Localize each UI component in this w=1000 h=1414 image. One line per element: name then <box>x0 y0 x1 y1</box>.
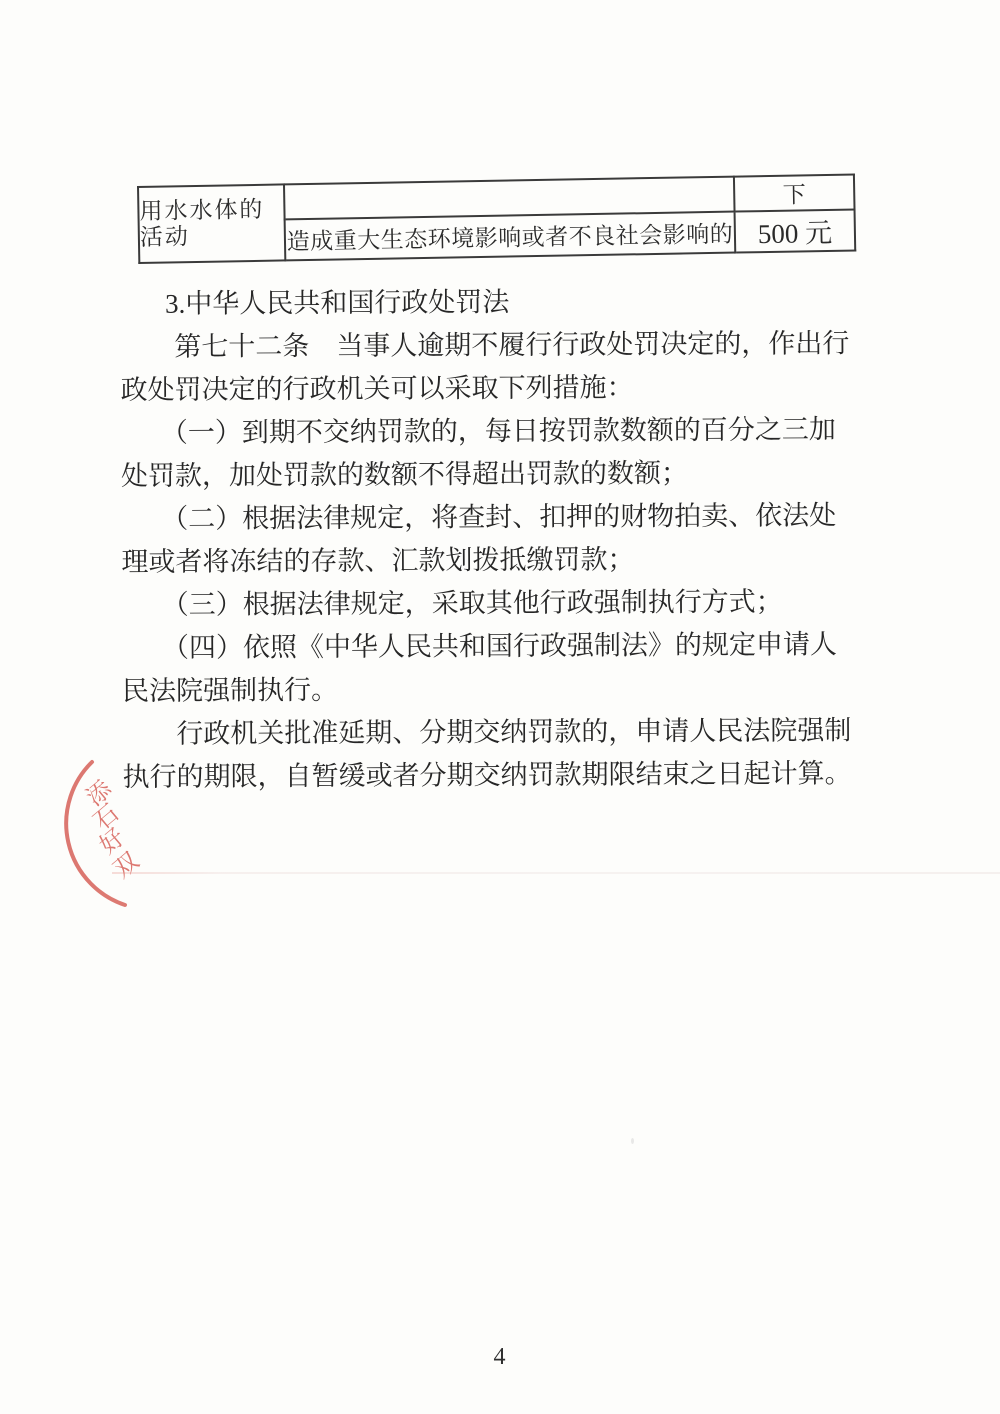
section-heading: 3.中华人民共和国行政处罚法 <box>120 279 868 326</box>
stamp-glyph: 双 <box>109 848 144 883</box>
body-line-9: （四）依照《中华人民共和国行政强制法》的规定申请人 <box>122 623 870 670</box>
table-cell-situation-row2: 造成重大生态环境影响或者不良社会影响的 <box>285 212 736 261</box>
body-line-3: 政处罚决定的行政机关可以采取下列措施： <box>120 365 868 412</box>
scan-artifact-line <box>112 872 1000 874</box>
body-line-11: 行政机关批准延期、分期交纳罚款的，申请人民法院强制 <box>122 709 870 756</box>
penalty-table-fragment: 用水水体的活动 下 造成重大生态环境影响或者不良社会影响的 500 元 <box>137 173 856 264</box>
body-line-10: 民法院强制执行。 <box>122 666 870 713</box>
table-cell-amount-row1: 下 <box>734 174 855 211</box>
body-line-2: 第七十二条 当事人逾期不履行行政处罚决定的，作出行 <box>120 322 868 369</box>
stamp-glyph: 石 <box>89 800 124 835</box>
table-cell-amount-row2: 500 元 <box>735 209 856 252</box>
body-line-4: （一）到期不交纳罚款的，每日按罚款数额的百分之三加 <box>121 408 869 455</box>
page-number: 4 <box>0 1344 1000 1371</box>
body-line-12: 执行的期限，自暂缓或者分期交纳罚款期限结束之日起计算。 <box>122 752 870 799</box>
body-line-6: （二）根据法律规定，将查封、扣押的财物拍卖、依法处 <box>121 494 869 541</box>
body-line-8: （三）根据法律规定，采取其他行政强制执行方式； <box>122 580 870 627</box>
table-cell-activity-label: 用水水体的活动 <box>138 184 285 263</box>
scanned-document-page: 用水水体的活动 下 造成重大生态环境影响或者不良社会影响的 500 元 3.中华… <box>0 0 1000 1414</box>
stamp-arc-icon <box>66 762 125 905</box>
body-line-5: 处罚款，加处罚款的数额不得超出罚款的数额； <box>121 451 869 498</box>
stamp-glyph: 添 <box>82 775 119 812</box>
stamp-glyph: 好 <box>95 823 131 859</box>
scan-speck <box>631 1138 634 1144</box>
body-line-7: 理或者将冻结的存款、汇款划拨抵缴罚款； <box>121 537 869 584</box>
legal-text-body: 3.中华人民共和国行政处罚法 第七十二条 当事人逾期不履行行政处罚决定的，作出行… <box>120 279 871 799</box>
